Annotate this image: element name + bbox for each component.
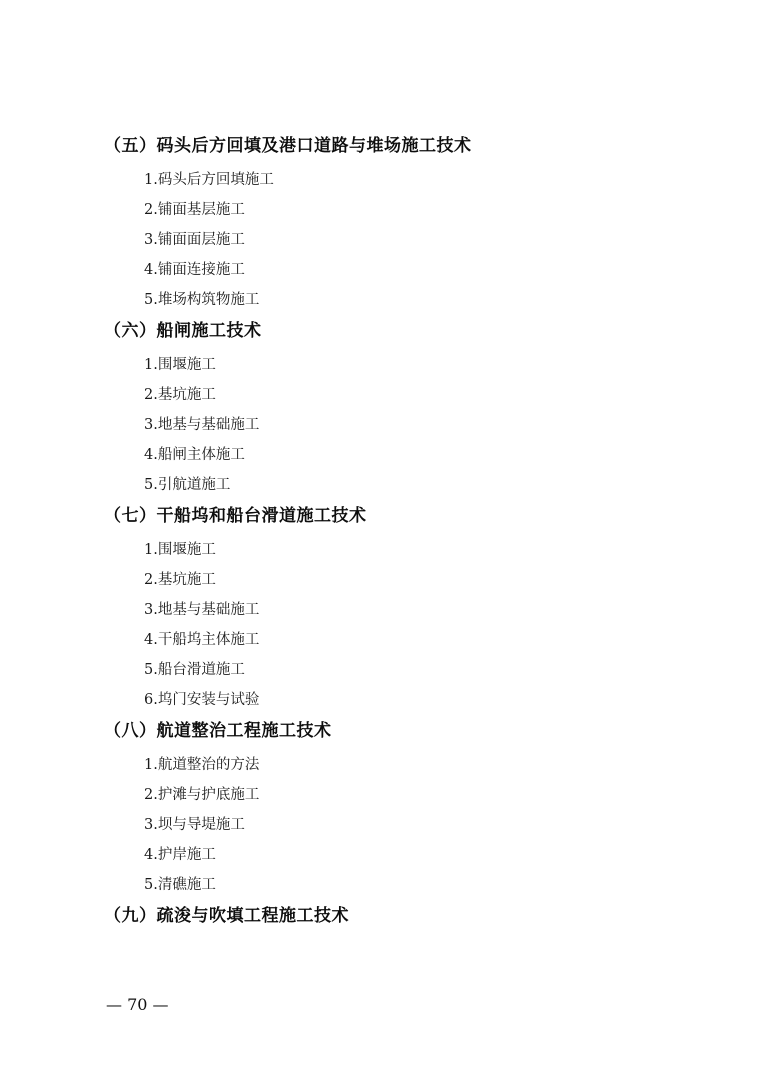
list-item: 1.围堰施工 — [144, 355, 216, 375]
section-heading-5: （五）码头后方回填及港口道路与堆场施工技术 — [104, 135, 472, 157]
list-item: 1.航道整治的方法 — [144, 755, 259, 775]
list-item: 4.护岸施工 — [144, 845, 216, 865]
list-item: 4.船闸主体施工 — [144, 445, 245, 465]
list-item: 3.铺面面层施工 — [144, 230, 245, 250]
section-heading-6: （六）船闸施工技术 — [104, 320, 262, 342]
list-item: 6.坞门安装与试验 — [144, 690, 259, 710]
list-item: 2.基坑施工 — [144, 570, 216, 590]
list-item: 2.铺面基层施工 — [144, 200, 245, 220]
section-heading-9: （九）疏浚与吹填工程施工技术 — [104, 905, 349, 927]
list-item: 5.堆场构筑物施工 — [144, 290, 259, 310]
list-item: 3.地基与基础施工 — [144, 415, 259, 435]
document-page: （五）码头后方回填及港口道路与堆场施工技术 1.码头后方回填施工 2.铺面基层施… — [0, 0, 763, 1080]
list-item: 1.码头后方回填施工 — [144, 170, 274, 190]
list-item: 4.干船坞主体施工 — [144, 630, 259, 650]
section-heading-8: （八）航道整治工程施工技术 — [104, 720, 332, 742]
list-item: 3.地基与基础施工 — [144, 600, 259, 620]
list-item: 5.船台滑道施工 — [144, 660, 245, 680]
list-item: 5.清礁施工 — [144, 875, 216, 895]
list-item: 1.围堰施工 — [144, 540, 216, 560]
section-heading-7: （七）干船坞和船台滑道施工技术 — [104, 505, 367, 527]
list-item: 5.引航道施工 — [144, 475, 230, 495]
list-item: 2.基坑施工 — [144, 385, 216, 405]
list-item: 3.坝与导堤施工 — [144, 815, 245, 835]
list-item: 4.铺面连接施工 — [144, 260, 245, 280]
list-item: 2.护滩与护底施工 — [144, 785, 259, 805]
page-number: — 70 — — [106, 994, 169, 1016]
